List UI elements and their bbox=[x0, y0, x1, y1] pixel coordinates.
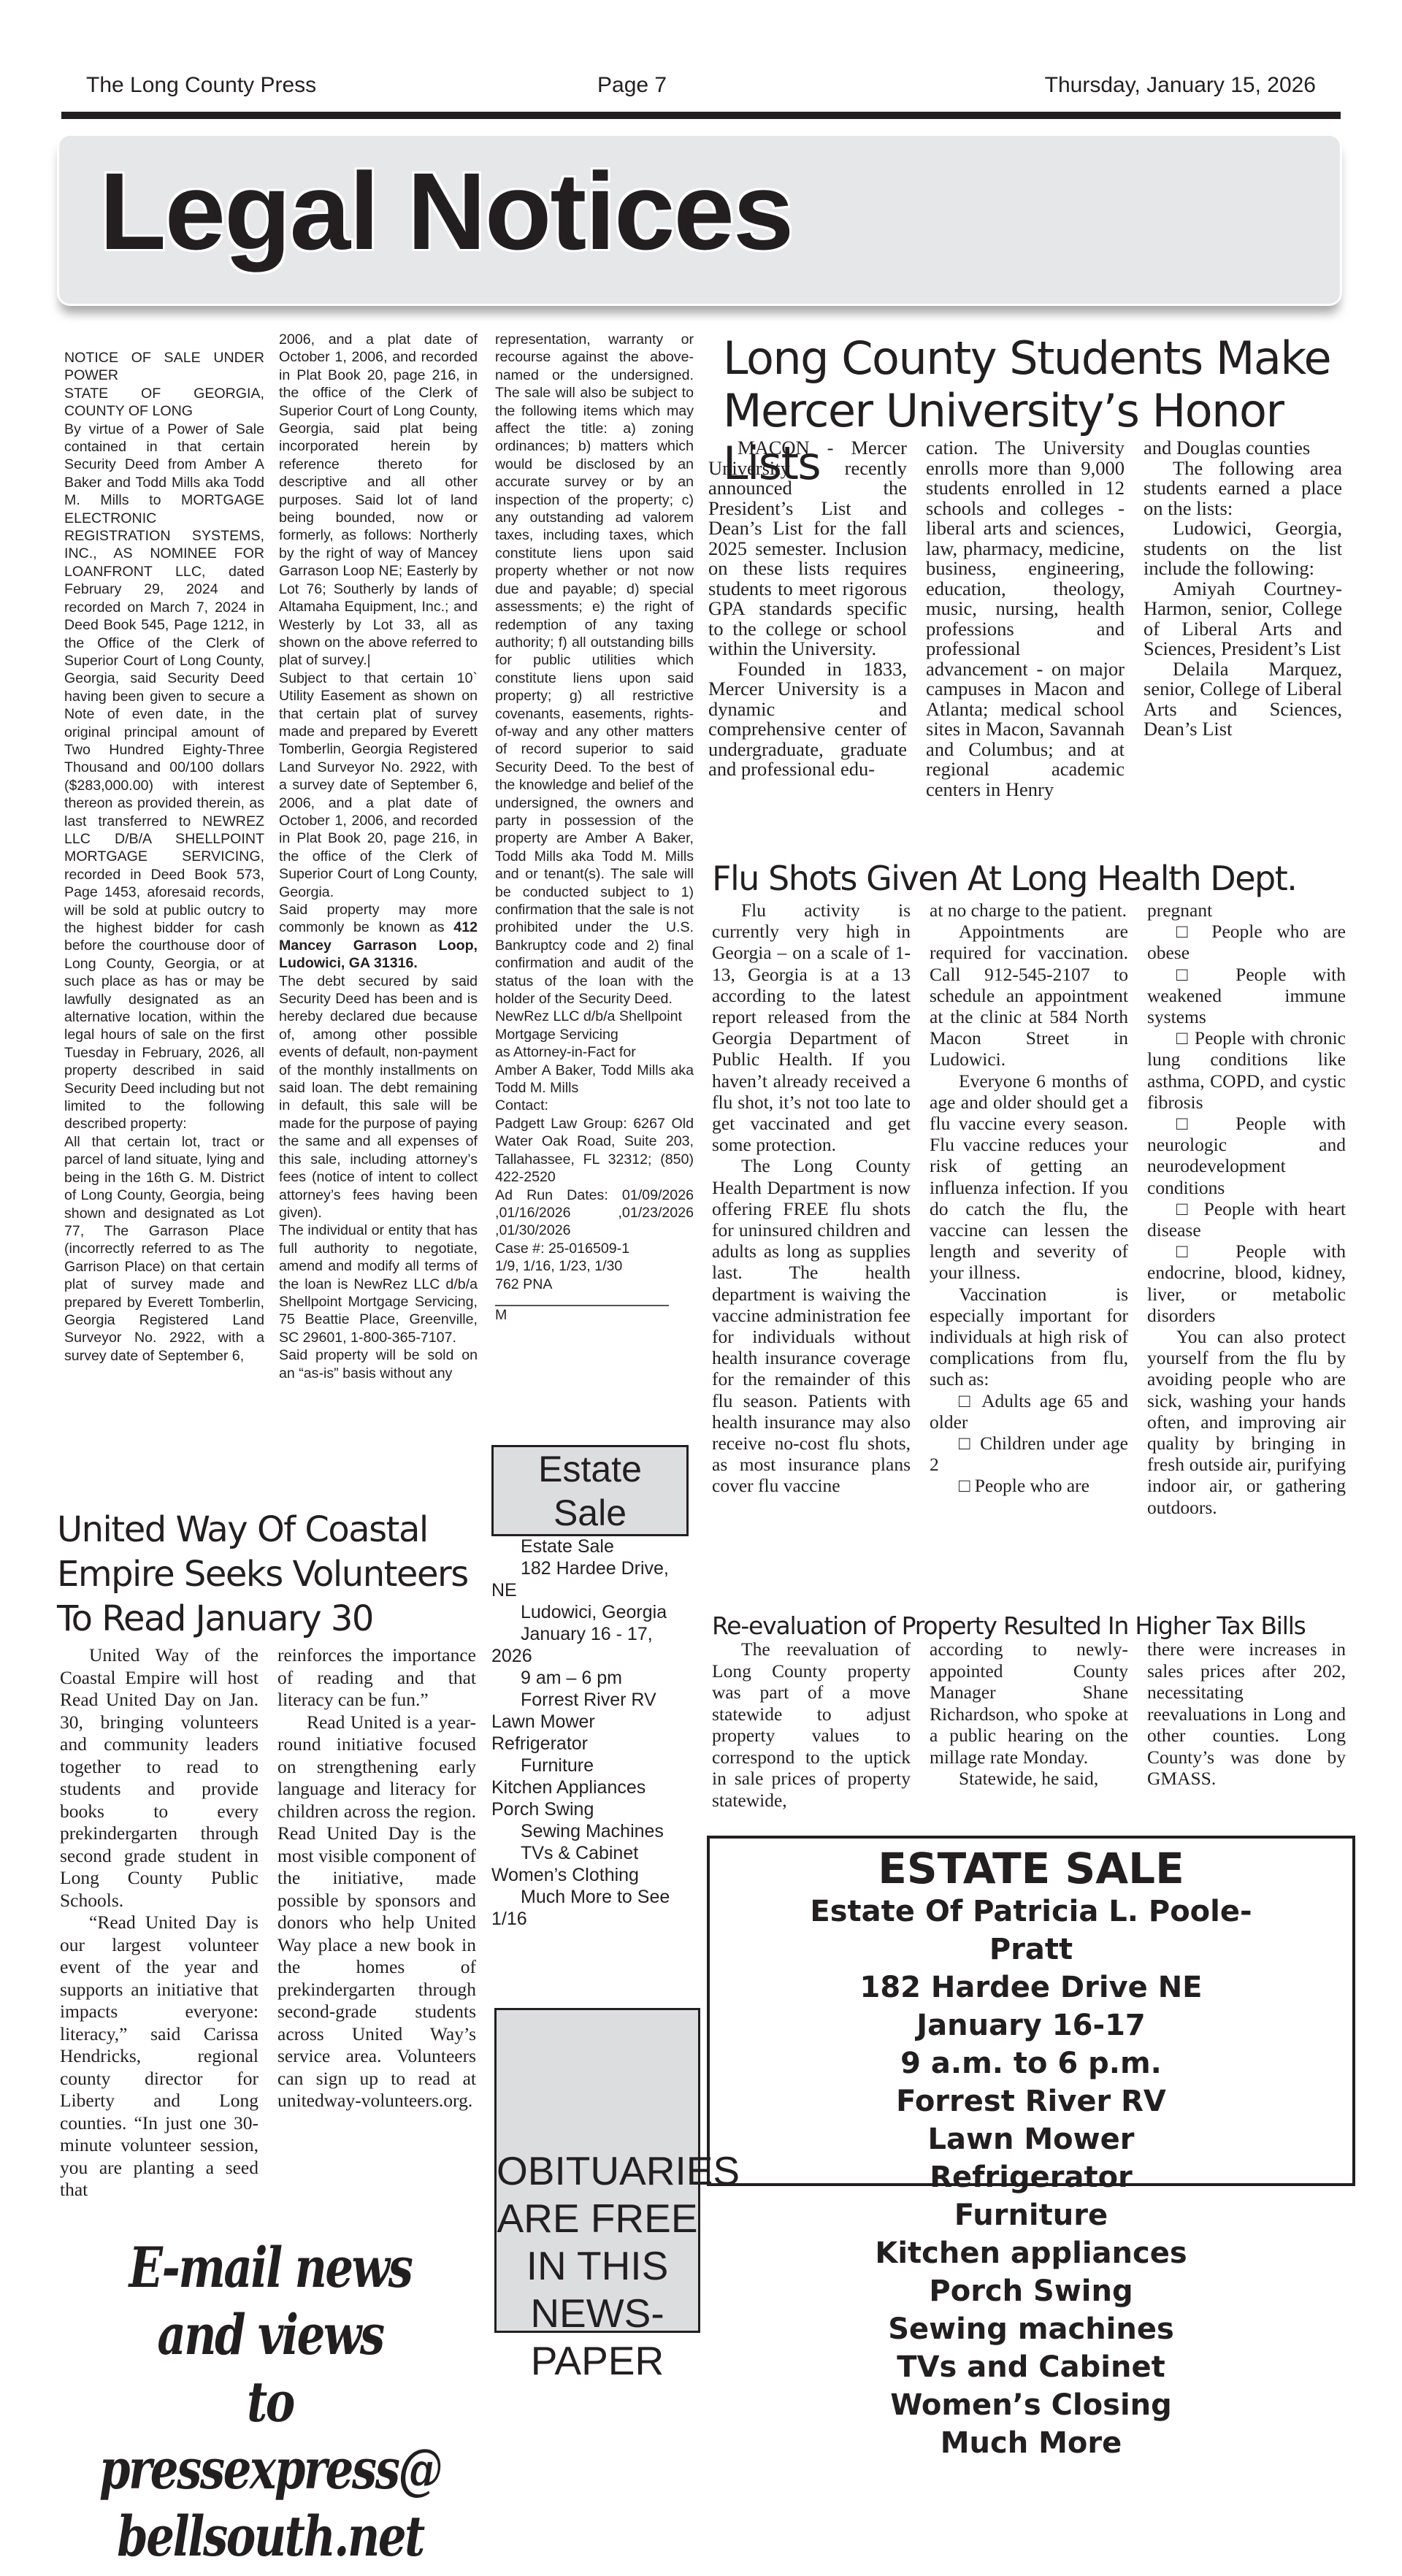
estate-sale-ad: ESTATE SALE Estate Of Patricia L. Poole-… bbox=[707, 1836, 1355, 2186]
obituaries-line: ARE FREE bbox=[497, 2195, 698, 2242]
legal-paragraph: All that certain lot, tract or parcel of… bbox=[64, 1133, 264, 1365]
page-number: Page 7 bbox=[597, 73, 667, 98]
flu-col3: pregnant □ People who are obese □ People… bbox=[1147, 900, 1346, 1518]
tax-col2: according to newly-appointed County Mana… bbox=[930, 1638, 1128, 1790]
estate-sale-item: 9 am – 6 pm bbox=[491, 1667, 690, 1689]
legal-contact: Padgett Law Group: 6267 Old Water Oak Ro… bbox=[495, 1115, 694, 1187]
estate-sale-ad-line: Sewing machines bbox=[710, 2310, 1352, 2348]
estate-sale-ad-line: Furniture bbox=[710, 2196, 1352, 2234]
legal-signer: NewRez LLC d/b/a Shellpoint Mortgage Ser… bbox=[495, 1008, 694, 1043]
estate-sale-label: Estate Sale bbox=[528, 1447, 652, 1535]
risk-list-item: □ People with neurologic and neurodevelo… bbox=[1147, 1113, 1346, 1198]
legal-paragraph: representation, warranty or recourse aga… bbox=[495, 331, 694, 1008]
section-banner: Legal Notices bbox=[57, 134, 1342, 306]
estate-sale-ad-title: ESTATE SALE bbox=[710, 1844, 1352, 1893]
flu-col2: at no charge to the patient. Appointment… bbox=[930, 900, 1128, 1497]
estate-sale-ad-line: TVs and Cabinet bbox=[710, 2348, 1352, 2386]
estate-sale-item: Lawn Mower bbox=[491, 1711, 690, 1733]
obituaries-notice-box: OBITUARIESARE FREEIN THISNEWS-PAPER bbox=[494, 2008, 700, 2333]
estate-sale-ad-line: Estate Of Patricia L. Poole- bbox=[710, 1893, 1352, 1931]
signature-mark: M bbox=[495, 1306, 694, 1324]
estate-sale-item: Much More to See 1/16 bbox=[491, 1886, 690, 1930]
risk-list-item: □ Adults age 65 and older bbox=[930, 1390, 1128, 1433]
mercer-col2: cation. The University enrolls more than… bbox=[926, 438, 1125, 800]
email-promo-line: and views bbox=[89, 2301, 451, 2369]
legal-heading: NOTICE OF SALE UNDER POWER bbox=[64, 349, 264, 385]
tax-col1: The reevaluation of Long County property… bbox=[712, 1638, 911, 1811]
obituaries-line: IN THIS bbox=[497, 2242, 698, 2290]
legal-paragraph: 2006, and a plat date of October 1, 2006… bbox=[279, 331, 478, 670]
estate-sale-ad-line: Refrigerator bbox=[710, 2158, 1352, 2196]
legal-notice-col2: 2006, and a plat date of October 1, 2006… bbox=[279, 331, 478, 1382]
legal-paragraph: The debt secured by said Security Deed h… bbox=[279, 973, 478, 1222]
legal-paragraph: The individual or entity that has full a… bbox=[279, 1222, 478, 1346]
section-title: Legal Notices bbox=[99, 156, 792, 266]
masthead-rule bbox=[61, 112, 1341, 119]
estate-sale-ad-line: Pratt bbox=[710, 1931, 1352, 1969]
estate-sale-ad-line: 9 a.m. to 6 p.m. bbox=[710, 2044, 1352, 2082]
estate-sale-ad-line: Porch Swing bbox=[710, 2272, 1352, 2310]
estate-sale-ad-line: Kitchen appliances bbox=[710, 2234, 1352, 2272]
flu-headline: Flu Shots Given At Long Health Dept. bbox=[712, 858, 1296, 899]
obituaries-text: OBITUARIESARE FREEIN THISNEWS-PAPER bbox=[497, 2147, 698, 2385]
obituaries-line: NEWS- bbox=[497, 2290, 698, 2337]
risk-list-item: □ Children under age 2 bbox=[930, 1433, 1128, 1475]
mercer-col3: and Douglas counties The following area … bbox=[1144, 438, 1342, 740]
legal-case-number: Case #: 25-016509-1 bbox=[495, 1240, 694, 1257]
legal-notice-col1: NOTICE OF SALE UNDER POWER STATE OF GEOR… bbox=[64, 349, 264, 1365]
united-way-col1: United Way of the Coastal Empire will ho… bbox=[60, 1644, 258, 2201]
estate-sale-item: Estate Sale bbox=[491, 1536, 690, 1557]
estate-sale-ad-line: Women’s Closing bbox=[710, 2386, 1352, 2424]
estate-sale-item: Sewing Machines bbox=[491, 1820, 690, 1842]
estate-sale-item: Ludowici, Georgia bbox=[491, 1601, 690, 1623]
united-way-headline: United Way Of Coastal Empire Seeks Volun… bbox=[57, 1508, 495, 1641]
tax-col3: there were increases in sales prices aft… bbox=[1147, 1638, 1346, 1790]
risk-list-item: □ People with endocrine, blood, kidney, … bbox=[1147, 1241, 1346, 1326]
email-promo-line: to pressexpress@ bbox=[89, 2369, 451, 2503]
legal-run-dates: Ad Run Dates: 01/09/2026 ,01/16/2026 ,01… bbox=[495, 1187, 694, 1240]
legal-paragraph: By virtue of a Power of Sale contained i… bbox=[64, 421, 264, 1133]
estate-sale-item: Forrest River RV bbox=[491, 1689, 690, 1711]
tax-headline: Re-evaluation of Property Resulted In Hi… bbox=[712, 1611, 1306, 1641]
risk-list-item: □ People who are obese bbox=[1147, 921, 1346, 963]
email-news-promo: E-mail newsand viewsto pressexpress@bell… bbox=[89, 2234, 451, 2570]
masthead: The Long County Press Page 7 Thursday, J… bbox=[0, 73, 1402, 102]
estate-sale-item: Porch Swing bbox=[491, 1798, 690, 1820]
estate-sale-listing: Estate Sale182 Hardee Drive, NELudowici,… bbox=[491, 1536, 690, 1930]
legal-state: STATE OF GEORGIA, COUNTY OF LONG bbox=[64, 385, 264, 421]
paper-name: The Long County Press bbox=[86, 73, 316, 98]
issue-date: Thursday, January 15, 2026 bbox=[1045, 73, 1316, 98]
risk-list-item: □ People with chronic lung conditions li… bbox=[1147, 1027, 1346, 1113]
email-promo-line: bellsouth.net bbox=[89, 2503, 451, 2570]
estate-sale-ad-lines: Estate Of Patricia L. Poole-Pratt182 Har… bbox=[710, 1893, 1352, 2462]
obituaries-line: PAPER bbox=[497, 2337, 698, 2385]
legal-paragraph: Said property will be sold on an “as-is”… bbox=[279, 1346, 478, 1382]
risk-list-item: □ People with weakened immune systems bbox=[1147, 964, 1346, 1028]
estate-sale-ad-line: 182 Hardee Drive NE bbox=[710, 1969, 1352, 2006]
estate-sale-ad-line: January 16-17 bbox=[710, 2006, 1352, 2044]
estate-sale-item: January 16 - 17, 2026 bbox=[491, 1623, 690, 1667]
legal-address-paragraph: Said property may more commonly be known… bbox=[279, 901, 478, 973]
legal-notice-col3: representation, warranty or recourse aga… bbox=[495, 331, 694, 1324]
united-way-col2: reinforces the importance of reading and… bbox=[277, 1644, 476, 2112]
estate-sale-item: TVs & Cabinet bbox=[491, 1842, 690, 1864]
mercer-col1: MACON - Mercer University recently annou… bbox=[708, 438, 907, 780]
flu-col1: Flu activity is currently very high in G… bbox=[712, 900, 911, 1497]
legal-paragraph: Subject to that certain 10` Utility Ease… bbox=[279, 670, 478, 901]
estate-sale-item: Refrigerator bbox=[491, 1733, 690, 1755]
risk-list-item: □ People with heart disease bbox=[1147, 1198, 1346, 1241]
obituaries-line: OBITUARIES bbox=[497, 2147, 698, 2195]
estate-sale-ad-line: Forrest River RV bbox=[710, 2082, 1352, 2120]
estate-sale-ad-line: Lawn Mower bbox=[710, 2120, 1352, 2158]
estate-sale-item: Kitchen Appliances bbox=[491, 1776, 690, 1798]
estate-sale-item: Furniture bbox=[491, 1755, 690, 1776]
estate-sale-ad-line: Much More bbox=[710, 2424, 1352, 2462]
estate-sale-item: 182 Hardee Drive, NE bbox=[491, 1557, 690, 1601]
estate-sale-item: Women’s Clothing bbox=[491, 1864, 690, 1886]
risk-list-item: □ People who are bbox=[930, 1475, 1128, 1496]
email-promo-line: E-mail news bbox=[89, 2234, 451, 2301]
estate-sale-label-box: Estate Sale bbox=[491, 1445, 689, 1536]
